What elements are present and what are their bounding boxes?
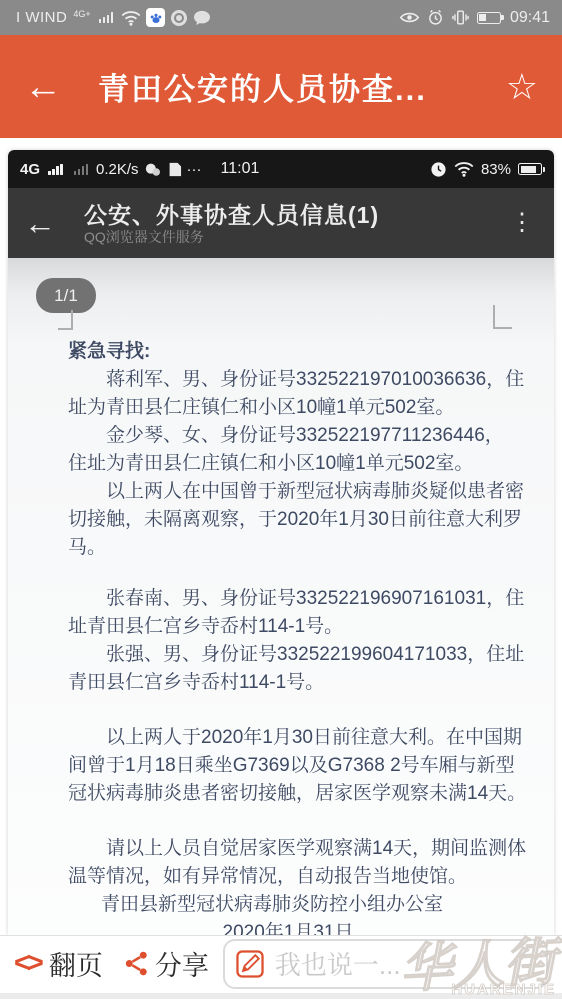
paw-app-icon [146, 8, 165, 27]
app-header: ← 青田公安的人员协查... ☆ [0, 35, 562, 138]
battery-icon [477, 12, 501, 24]
page-turn-button[interactable]: <> 翻页 [14, 944, 103, 983]
share-icon [123, 950, 150, 977]
more-dots-icon: ··· [187, 161, 202, 178]
corner-mark-right [493, 305, 512, 329]
net-speed-label: 0.2K/s [96, 161, 139, 178]
inner-battery-icon [518, 163, 542, 175]
embedded-screenshot[interactable]: 4G 0.2K/s ··· 11:01 [8, 150, 554, 935]
inner-title: 公安、外事协查人员信息(1) [84, 202, 379, 229]
status-bar: I WIND 4G+ 09:41 [0, 0, 562, 35]
inner-subtitle: QQ浏览器文件服务 [84, 229, 379, 245]
page-turn-icon: <> [14, 947, 44, 980]
thread-content: 4G 0.2K/s ··· 11:01 [0, 138, 562, 935]
edit-pencil-icon [234, 948, 266, 980]
vibrate-icon [451, 9, 470, 26]
document-paragraph: 金少琴、女、身份证号332522197711236446， 住址为青田县仁庄镇仁… [68, 422, 528, 478]
inner-signal-icon [48, 164, 63, 175]
inner-alarm-icon [430, 161, 447, 178]
inner-clock-label: 11:01 [221, 160, 260, 178]
inner-network-label: 4G [20, 161, 40, 178]
wifi-icon [121, 10, 141, 26]
inner-status-bar: 4G 0.2K/s ··· 11:01 [8, 150, 554, 188]
document-paragraph: 张强、男、身份证号332522199604171033，住址青田县仁宫乡寺岙村1… [68, 641, 528, 697]
network-type-badge: 4G+ [73, 9, 90, 19]
inner-chat-icon [144, 162, 161, 177]
eye-comfort-icon [399, 10, 420, 25]
page-title: 青田公安的人员协查... [98, 64, 506, 109]
bottom-toolbar: <> 翻页 分享 我也说一... [0, 935, 562, 999]
carrier-label: I WIND [16, 9, 67, 26]
document-paragraph: 以上两人在中国曾于新型冠状病毒肺炎疑似患者密切接触，未隔离观察，于2020年1月… [68, 478, 528, 562]
circle-app-icon [170, 9, 188, 27]
document-signature: 青田县新型冠状病毒肺炎防控小组办公室 [68, 891, 528, 919]
page-turn-label: 翻页 [49, 944, 103, 983]
document-paragraph: 以上两人于2020年1月30日前往意大利。在中国期间曾于1月18日乘坐G7369… [68, 724, 528, 808]
document-view: 1/1 紧急寻找: 蒋利军、男、身份证号332522197010036636，住… [8, 258, 554, 935]
page-indicator: 1/1 [36, 278, 96, 313]
inner-battery-label: 83% [481, 161, 511, 178]
comment-input[interactable]: 我也说一... [223, 939, 548, 989]
comment-placeholder: 我也说一... [275, 945, 401, 982]
inner-back-icon[interactable]: ← [24, 207, 56, 239]
share-label: 分享 [155, 944, 209, 983]
sim-card-icon [166, 162, 182, 177]
inner-signal2-icon [74, 164, 89, 175]
document-heading: 紧急寻找: [68, 338, 528, 366]
document-paragraph: 张春南、男、身份证号332522196907161031，住址青田县仁宫乡寺岙村… [68, 585, 528, 641]
chat-bubble-icon [193, 10, 211, 26]
overflow-menu-icon[interactable]: ⋮ [506, 211, 538, 235]
back-icon[interactable]: ← [24, 68, 62, 106]
document-date: 2020年1月31日 [68, 919, 528, 935]
alarm-icon [427, 9, 444, 26]
share-button[interactable]: 分享 [123, 944, 209, 983]
corner-mark-left [58, 310, 73, 330]
inner-wifi-icon [454, 161, 474, 177]
star-favorite-icon[interactable]: ☆ [506, 69, 538, 105]
inner-header: ← 公安、外事协查人员信息(1) QQ浏览器文件服务 ⋮ [8, 188, 554, 258]
clock-label: 09:41 [510, 9, 550, 27]
document-paragraph: 蒋利军、男、身份证号332522197010036636，住址为青田县仁庄镇仁和… [68, 366, 528, 422]
screen: I WIND 4G+ 09:41 [0, 0, 562, 999]
document-paragraph: 请以上人员自觉居家医学观察满14天，期间监测体温等情况，如有异常情况，自动报告当… [68, 835, 528, 891]
signal-strength-icon [99, 12, 114, 23]
